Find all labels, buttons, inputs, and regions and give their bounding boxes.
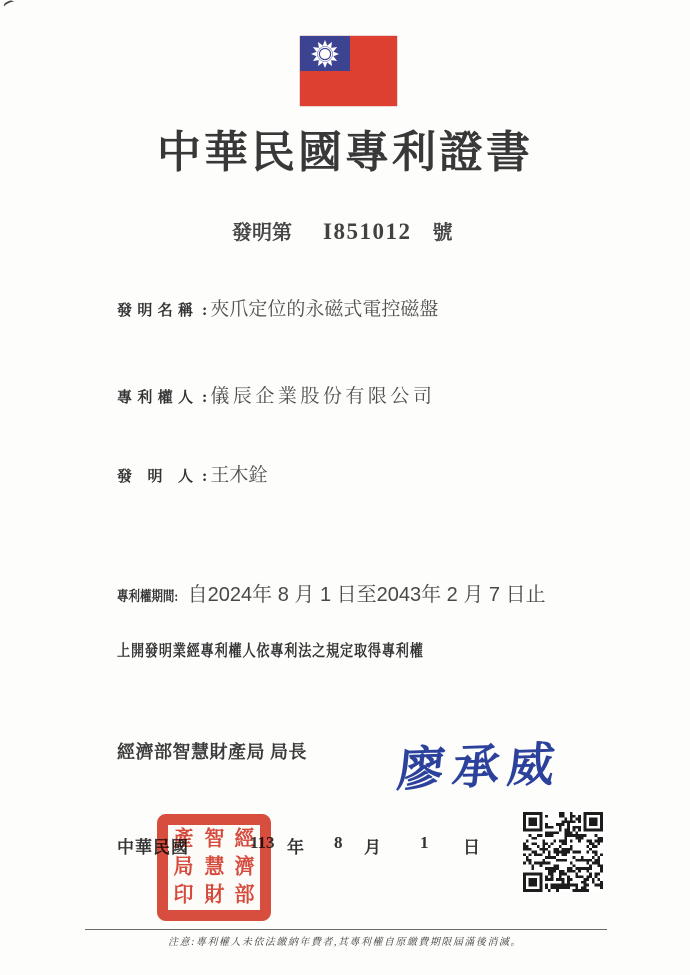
patent-term-value: 自2024年 8 月 1 日至2043年 2 月 7 日止 (188, 578, 546, 607)
certificate-title: 中華民國專利證書 (0, 116, 690, 180)
patent-number: I851012 (323, 219, 411, 245)
field-inventor: 發明人 : 王木銓 (117, 460, 267, 487)
field-patentee: 專利權人 : 儀辰企業股份有限公司 (117, 381, 435, 408)
field-colon: : (202, 389, 207, 407)
field-value: 儀辰企業股份有限公司 (210, 381, 435, 408)
seal-char: 財 (204, 885, 224, 906)
footer-note: 注意:專利權人未依法繳納年費者,其專利權自原繳費期限屆滿後消滅。 (0, 933, 690, 948)
seal-char: 局 (173, 857, 193, 878)
qr-code (523, 812, 603, 892)
patent-term-label: 專利權期間: (117, 586, 178, 606)
date-month-unit: 月 (364, 833, 381, 858)
scan-artifact (3, 0, 17, 12)
patent-number-prefix: 發明第 (232, 216, 292, 245)
seal-characters: 經 濟 部 智 慧 財 產 局 印 (168, 825, 260, 910)
seal-char: 濟 (235, 857, 255, 878)
field-colon: : (202, 468, 207, 486)
field-invention-name: 發明名稱 : 夾爪定位的永磁式電控磁盤 (117, 294, 438, 321)
field-label: 專利權人 (117, 386, 193, 407)
seal-char: 印 (173, 885, 193, 906)
seal-char: 產 (173, 829, 193, 850)
patent-certificate-page: 中華民國專利證書 發明第 I851012 號 發明名稱 : 夾爪定位的永磁式電控… (0, 0, 690, 975)
seal-char: 智 (204, 829, 224, 850)
field-label: 發明人 (117, 465, 193, 486)
field-value: 夾爪定位的永磁式電控磁盤 (210, 294, 438, 321)
footer-divider (85, 929, 607, 930)
date-month: 8 (334, 833, 343, 853)
seal-char: 部 (235, 885, 255, 906)
field-value: 王木銓 (210, 460, 267, 487)
legal-statement: 上開發明業經專利權人依專利法之規定取得專利權 (117, 638, 424, 661)
date-day-unit: 日 (463, 833, 480, 858)
seal-char: 慧 (204, 857, 224, 878)
official-seal-stamp: 經 濟 部 智 慧 財 產 局 印 (157, 814, 271, 921)
issuing-office-title: 經濟部智慧財產局 局長 (117, 738, 307, 764)
director-signature: 廖承威 (395, 727, 567, 800)
patent-number-line: 發明第 I851012 號 (232, 216, 452, 245)
sun-icon (309, 38, 341, 70)
patent-number-suffix: 號 (432, 216, 452, 245)
field-label: 發明名稱 (117, 299, 193, 320)
field-patent-term: 專利權期間: 自2024年 8 月 1 日至2043年 2 月 7 日止 (117, 578, 546, 607)
seal-char: 經 (235, 829, 255, 850)
roc-flag (300, 36, 397, 106)
field-colon: : (202, 302, 207, 320)
date-day: 1 (420, 833, 429, 853)
date-year-unit: 年 (287, 833, 304, 858)
